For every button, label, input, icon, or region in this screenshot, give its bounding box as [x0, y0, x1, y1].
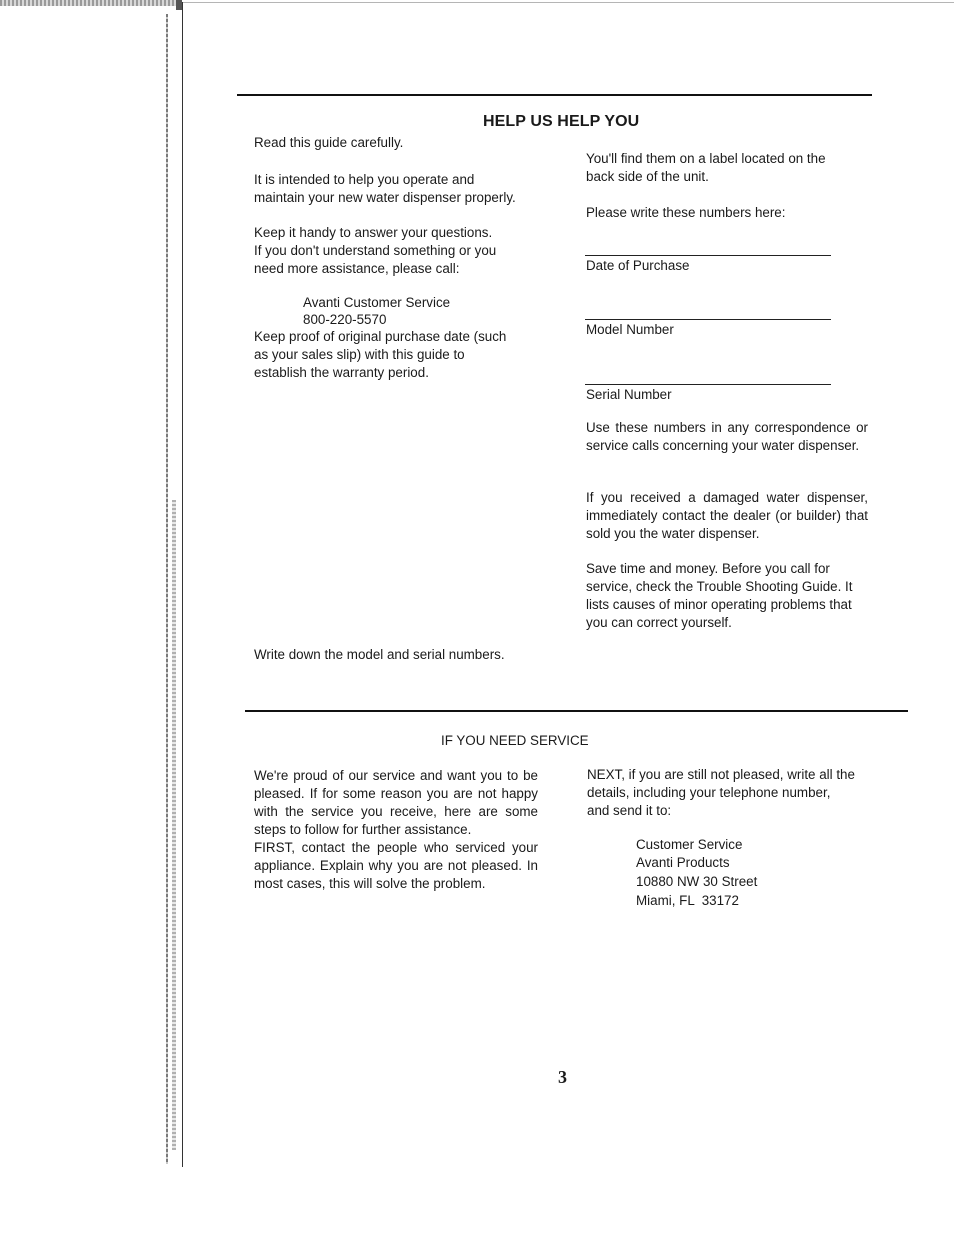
section-divider-middle — [245, 710, 908, 712]
write-prompt-text: Please write these numbers here: — [586, 204, 785, 222]
page-binding-edge — [182, 2, 183, 1167]
service-right-text: NEXT, if you are still not pleased, writ… — [587, 766, 855, 820]
model-number-line[interactable] — [585, 319, 831, 320]
keep-handy-text: Keep it handy to answer your questions. … — [254, 224, 496, 278]
intro-text: Read this guide carefully. — [254, 134, 403, 152]
address-line-4: Miami, FL 33172 — [636, 892, 739, 910]
proof-of-purchase-text: Keep proof of original purchase date (su… — [254, 328, 506, 382]
serial-number-line[interactable] — [585, 384, 831, 385]
binding-shadow — [172, 500, 176, 1150]
address-line-2: Avanti Products — [636, 854, 730, 872]
address-line-3: 10880 NW 30 Street — [636, 873, 757, 891]
label-location-text: You'll find them on a label located on t… — [586, 150, 826, 186]
address-line-1: Customer Service — [636, 836, 742, 854]
date-of-purchase-label: Date of Purchase — [586, 257, 689, 275]
service-left-text: We're proud of our service and want you … — [254, 767, 538, 893]
contact-name: Avanti Customer Service — [303, 294, 450, 312]
page-top-edge — [182, 2, 954, 3]
section-title-service: IF YOU NEED SERVICE — [441, 732, 589, 750]
section-title-help: HELP US HELP YOU — [483, 113, 639, 131]
use-numbers-text: Use these numbers in any correspondence … — [586, 419, 868, 455]
binding-shadow-line — [166, 14, 168, 1164]
section-divider-top — [237, 94, 872, 96]
write-down-text: Write down the model and serial numbers. — [254, 646, 505, 664]
damaged-text: If you received a damaged water dispense… — [586, 489, 868, 543]
scan-artifact-top — [0, 0, 180, 6]
purpose-text: It is intended to help you operate and m… — [254, 171, 516, 207]
serial-number-label: Serial Number — [586, 386, 672, 404]
page-number: 3 — [558, 1068, 567, 1086]
date-of-purchase-line[interactable] — [585, 255, 831, 256]
contact-phone: 800-220-5570 — [303, 311, 386, 329]
model-number-label: Model Number — [586, 321, 674, 339]
save-time-text: Save time and money. Before you call for… — [586, 560, 852, 632]
